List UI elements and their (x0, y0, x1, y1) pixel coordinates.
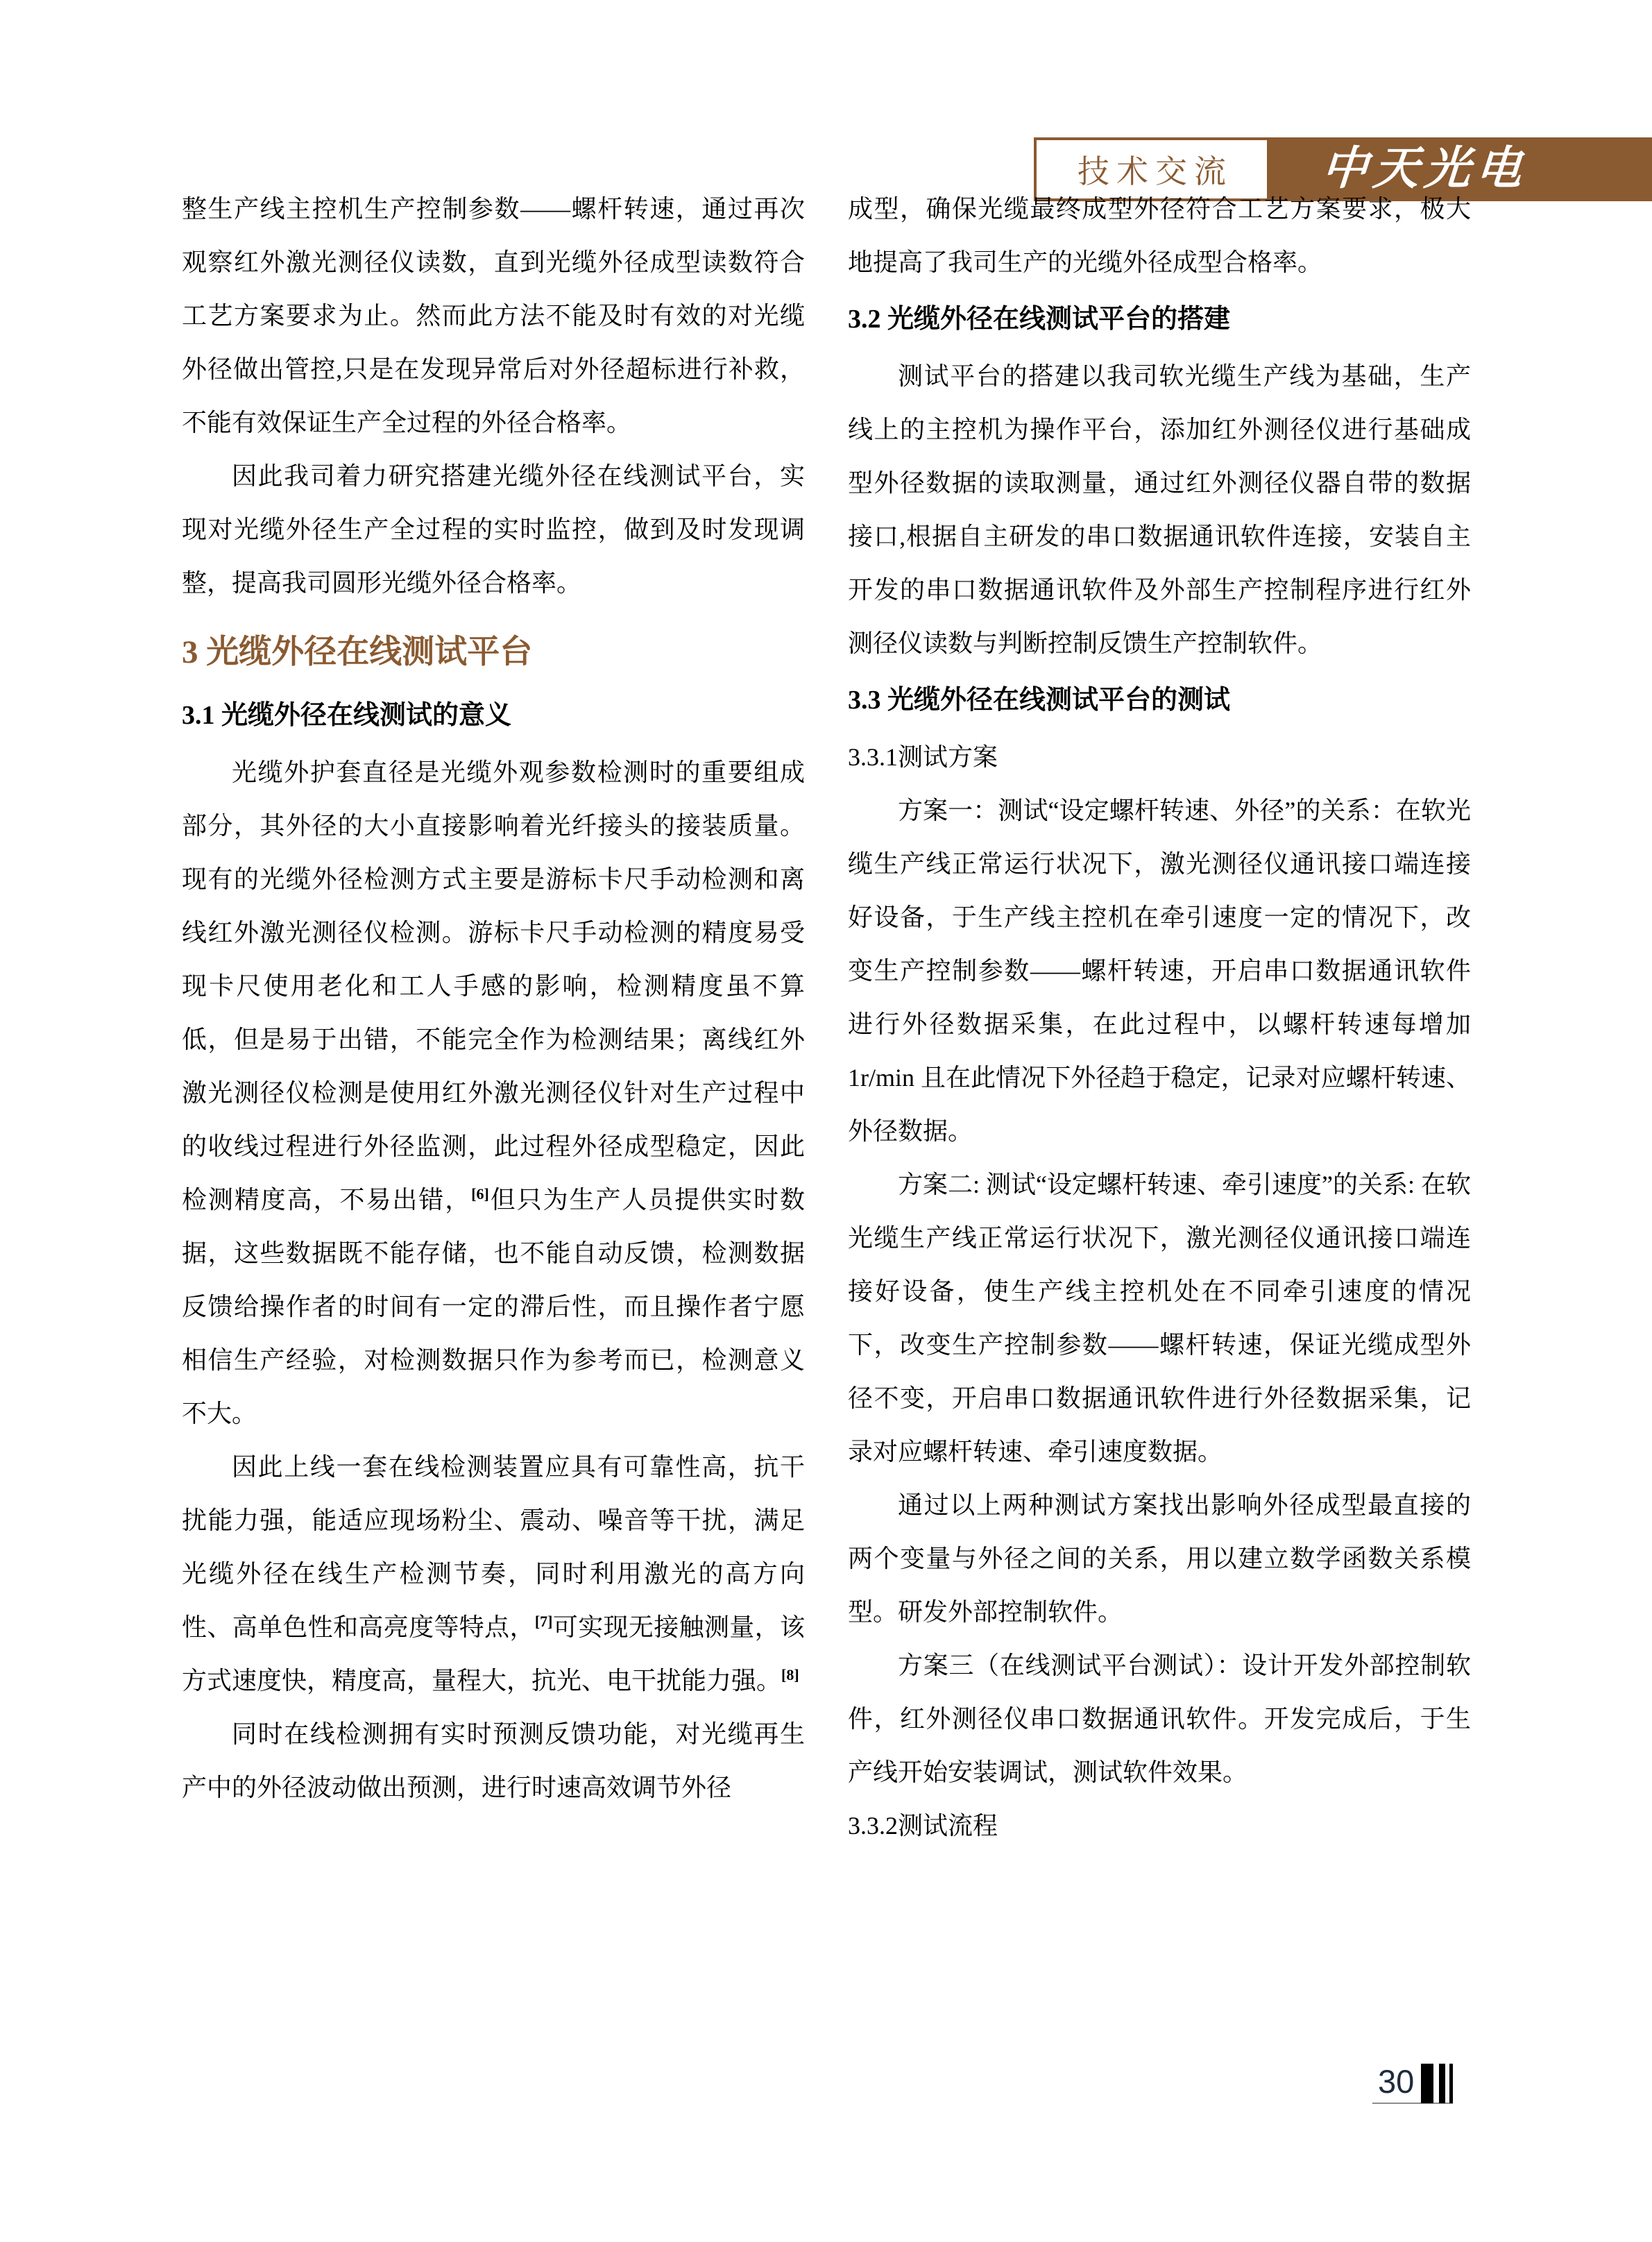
paragraph: 因此我司着力研究搭建光缆外径在线测试平台，实现对光缆外径生产全过程的实时监控，做… (182, 450, 805, 610)
subsection-heading: 3.3 光缆外径在线测试平台的测试 (848, 674, 1471, 727)
document-page: 技术交流 中天光电 整生产线主控机生产控制参数——螺杆转速，通过再次观察红外激光… (0, 0, 1652, 2242)
reference-superscript: [6] (471, 1185, 489, 1203)
paragraph: 方案二: 测试“设定螺杆转速、牵引速度”的关系: 在软光缆生产线正常运行状况下，… (848, 1158, 1471, 1479)
paragraph: 测试平台的搭建以我司软光缆生产线为基础，生产线上的主控机为操作平台，添加红外测径… (848, 350, 1471, 670)
subsection-heading: 3.2 光缆外径在线测试平台的搭建 (848, 293, 1471, 346)
footer-bar-2 (1439, 2064, 1445, 2103)
text-run: 整生产线主控机生产控制参数——螺杆转速，通过再次观察红外激光测径仪读数，直到光缆… (182, 195, 805, 436)
text-run: 3.3.2测试流程 (848, 1812, 998, 1840)
right-column: 成型，确保光缆最终成型外径符合工艺方案要求，极大地提高了我司生产的光缆外径成型合… (848, 182, 1471, 1853)
paragraph: 同时在线检测拥有实时预测反馈功能，对光缆再生产中的外径波动做出预测，进行时速高效… (182, 1708, 805, 1815)
paragraph: 成型，确保光缆最终成型外径符合工艺方案要求，极大地提高了我司生产的光缆外径成型合… (848, 182, 1471, 289)
paragraph: 整生产线主控机生产控制参数——螺杆转速，通过再次观察红外激光测径仪读数，直到光缆… (182, 182, 805, 450)
text-run: 方案三（在线测试平台测试）：设计开发外部控制软件，红外测径仪串口数据通讯软件。开… (848, 1651, 1471, 1786)
section-heading: 3 光缆外径在线测试平台 (182, 624, 805, 681)
text-run: 3.3.1测试方案 (848, 743, 998, 771)
text-run: 光缆外护套直径是光缆外观参数检测时的重要组成部分，其外径的大小直接影响着光纤接头… (182, 758, 805, 1214)
reference-superscript: [8] (781, 1666, 799, 1683)
text-run: 方案一：测试“设定螺杆转速、外径”的关系：在软光缆生产线正常运行状况下，激光测径… (848, 797, 1471, 1145)
paragraph: 因此上线一套在线检测装置应具有可靠性高，抗干扰能力强，能适应现场粉尘、震动、噪音… (182, 1441, 805, 1708)
text-run: 3.1 光缆外径在线测试的意义 (182, 701, 511, 730)
text-run: 测试平台的搭建以我司软光缆生产线为基础，生产线上的主控机为操作平台，添加红外测径… (848, 362, 1471, 657)
subsection-heading: 3.1 光缆外径在线测试的意义 (182, 689, 805, 742)
text-run: 3.3 光缆外径在线测试平台的测试 (848, 686, 1230, 715)
text-run: 但只为生产人员提供实时数据，这些数据既不能存储，也不能自动反馈，检测数据反馈给操… (182, 1186, 805, 1427)
footer-bar-1 (1421, 2064, 1433, 2103)
reference-superscript: [7] (535, 1613, 553, 1630)
text-run: 方案二: 测试“设定螺杆转速、牵引速度”的关系: 在软光缆生产线正常运行状况下，… (848, 1171, 1471, 1466)
text-run: 因此我司着力研究搭建光缆外径在线测试平台，实现对光缆外径生产全过程的实时监控，做… (182, 462, 805, 597)
paragraph: 方案三（在线测试平台测试）：设计开发外部控制软件，红外测径仪串口数据通讯软件。开… (848, 1639, 1471, 1799)
text-run: 3.2 光缆外径在线测试平台的搭建 (848, 305, 1230, 334)
minor-heading: 3.3.1测试方案 (848, 731, 1471, 784)
text-run: 同时在线检测拥有实时预测反馈功能，对光缆再生产中的外径波动做出预测，进行时速高效… (182, 1720, 805, 1801)
paragraph: 方案一：测试“设定螺杆转速、外径”的关系：在软光缆生产线正常运行状况下，激光测径… (848, 784, 1471, 1158)
minor-heading: 3.3.2测试流程 (848, 1799, 1471, 1853)
page-number: 30 (1378, 2062, 1414, 2101)
paragraph: 通过以上两种测试方案找出影响外径成型最直接的两个变量与外径之间的关系，用以建立数… (848, 1479, 1471, 1639)
paragraph: 光缆外护套直径是光缆外观参数检测时的重要组成部分，其外径的大小直接影响着光纤接头… (182, 746, 805, 1441)
text-run: 成型，确保光缆最终成型外径符合工艺方案要求，极大地提高了我司生产的光缆外径成型合… (848, 195, 1471, 276)
left-column: 整生产线主控机生产控制参数——螺杆转速，通过再次观察红外激光测径仪读数，直到光缆… (182, 182, 805, 1815)
text-run: 3 光缆外径在线测试平台 (182, 634, 532, 670)
text-run: 通过以上两种测试方案找出影响外径成型最直接的两个变量与外径之间的关系，用以建立数… (848, 1491, 1471, 1626)
footer-bar-3 (1449, 2064, 1453, 2103)
